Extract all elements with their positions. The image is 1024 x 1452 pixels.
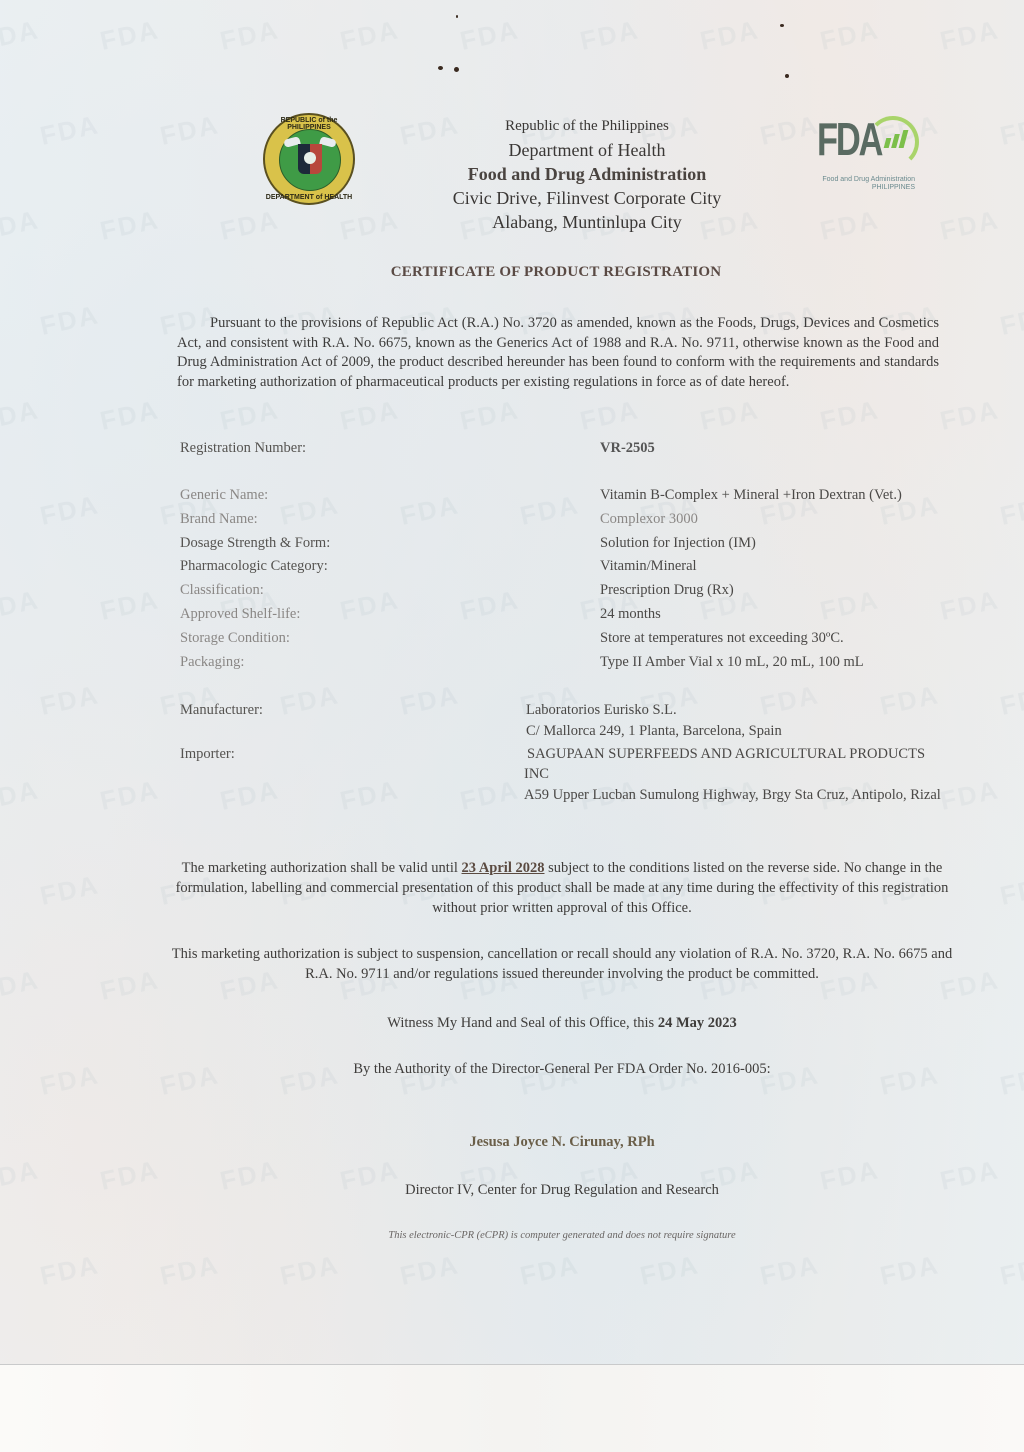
valid-until-date: 23 April 2028 [462, 860, 545, 876]
watermark-text: FDA [877, 679, 942, 722]
manufacturer-label: Manufacturer: [180, 702, 263, 719]
watermark-text: FDA [0, 204, 42, 247]
importer-address: A59 Upper Lucban Sumulong Highway, Brgy … [524, 787, 941, 804]
importer-name-line2: INC [524, 766, 549, 783]
watermark-text: FDA [457, 14, 522, 57]
watermark-text: FDA [0, 964, 42, 1007]
watermark-text: FDA [37, 679, 102, 722]
signatory-name: Jesusa Joyce N. Cirunay, RPh [170, 1132, 954, 1152]
certificate-paper: FDAFDAFDAFDAFDAFDAFDAFDAFDAFDAFDAFDAFDAF… [0, 0, 1024, 1365]
packaging-value: Type II Amber Vial x 10 mL, 20 mL, 100 m… [600, 654, 864, 671]
watermark-text: FDA [697, 394, 762, 437]
packaging-label: Packaging: [180, 654, 244, 671]
watermark-text: FDA [217, 394, 282, 437]
watermark-text: FDA [157, 109, 222, 152]
header-republic: Republic of the Philippines [380, 118, 794, 135]
watermark-text: FDA [0, 14, 42, 57]
watermark-text: FDA [457, 584, 522, 627]
watermark-text: FDA [97, 204, 162, 247]
storage-condition-value: Store at temperatures not exceeding 30ºC… [600, 630, 844, 647]
generic-name-value: Vitamin B-Complex + Mineral +Iron Dextra… [600, 487, 902, 504]
shelf-life-label: Approved Shelf-life: [180, 606, 300, 623]
authority-line: By the Authority of the Director-General… [170, 1059, 954, 1079]
watermark-text: FDA [337, 394, 402, 437]
certificate-title: CERTIFICATE OF PRODUCT REGISTRATION [250, 264, 862, 281]
watermark-text: FDA [37, 489, 102, 532]
watermark-text: FDA [277, 1249, 342, 1292]
importer-label: Importer: [180, 746, 235, 763]
suspension-notice: This marketing authorization is subject … [170, 944, 954, 984]
witness-prefix: Witness My Hand and Seal of this Office,… [387, 1015, 658, 1031]
header-agency: Food and Drug Administration [380, 164, 794, 185]
validity-prefix: The marketing authorization shall be val… [182, 860, 462, 876]
paper-speck [456, 15, 458, 18]
watermark-text: FDA [817, 584, 882, 627]
classification-label: Classification: [180, 582, 264, 599]
brand-name-value: Complexor 3000 [600, 511, 698, 528]
classification-value: Prescription Drug (Rx) [600, 582, 734, 599]
watermark-text: FDA [397, 1249, 462, 1292]
watermark-text: FDA [937, 394, 1002, 437]
watermark-text: FDA [397, 679, 462, 722]
watermark-text: FDA [277, 489, 342, 532]
header-department: Department of Health [380, 140, 794, 161]
watermark-text: FDA [577, 394, 642, 437]
importer-name-line1: SAGUPAAN SUPERFEEDS AND AGRICULTURAL PRO… [527, 746, 925, 763]
pharmacologic-category-value: Vitamin/Mineral [600, 558, 697, 575]
watermark-text: FDA [817, 14, 882, 57]
watermark-text: FDA [0, 774, 42, 817]
watermark-text: FDA [937, 584, 1002, 627]
watermark-text: FDA [457, 774, 522, 817]
fda-logo-icon: FDA Food and Drug Administration PHILIPP… [815, 112, 915, 204]
dosage-form-label: Dosage Strength & Form: [180, 535, 330, 552]
watermark-text: FDA [277, 679, 342, 722]
watermark-text: FDA [157, 1249, 222, 1292]
witness-line: Witness My Hand and Seal of this Office,… [170, 1013, 954, 1033]
registration-number-value: VR-2505 [600, 440, 655, 457]
validity-paragraph: The marketing authorization shall be val… [170, 858, 954, 918]
paper-speck [780, 24, 784, 27]
watermark-text: FDA [937, 14, 1002, 57]
header-address-line1: Civic Drive, Filinvest Corporate City [380, 188, 794, 209]
ecpr-footnote: This electronic-CPR (eCPR) is computer g… [170, 1226, 954, 1246]
watermark-text: FDA [217, 14, 282, 57]
watermark-text: FDA [997, 109, 1024, 152]
doh-seal-icon: REPUBLIC of the PHILIPPINES DEPARTMENT o… [263, 113, 355, 205]
watermark-text: FDA [517, 1249, 582, 1292]
scan-background [0, 1365, 1024, 1452]
watermark-text: FDA [937, 774, 1002, 817]
watermark-text: FDA [757, 679, 822, 722]
watermark-text: FDA [757, 1249, 822, 1292]
watermark-text: FDA [97, 14, 162, 57]
fda-logo-caption: Food and Drug Administration PHILIPPINES [815, 176, 915, 191]
shelf-life-value: 24 months [600, 606, 661, 623]
registration-number-label: Registration Number: [180, 440, 306, 457]
dosage-form-value: Solution for Injection (IM) [600, 535, 756, 552]
pharmacologic-category-label: Pharmacologic Category: [180, 558, 328, 575]
watermark-text: FDA [637, 1249, 702, 1292]
shield-icon [298, 144, 322, 174]
watermark-text: FDA [37, 869, 102, 912]
watermark-text: FDA [997, 489, 1024, 532]
watermark-text: FDA [877, 1249, 942, 1292]
fda-logo-letters: FDA [817, 116, 881, 162]
paper-speck [438, 66, 443, 70]
watermark-text: FDA [997, 1059, 1024, 1102]
watermark-text: FDA [817, 394, 882, 437]
preamble-paragraph: Pursuant to the provisions of Republic A… [177, 314, 939, 392]
watermark-text: FDA [997, 679, 1024, 722]
brand-name-label: Brand Name: [180, 511, 258, 528]
watermark-text: FDA [997, 299, 1024, 342]
watermark-text: FDA [577, 14, 642, 57]
watermark-text: FDA [997, 1249, 1024, 1292]
paper-speck [454, 67, 459, 72]
watermark-text: FDA [97, 584, 162, 627]
watermark-text: FDA [817, 204, 882, 247]
logo-caption-line2: PHILIPPINES [815, 184, 915, 192]
header-address-line2: Alabang, Muntinlupa City [380, 212, 794, 233]
paper-speck [785, 74, 789, 78]
watermark-text: FDA [97, 774, 162, 817]
watermark-text: FDA [0, 1154, 42, 1197]
watermark-text: FDA [0, 394, 42, 437]
generic-name-label: Generic Name: [180, 487, 268, 504]
storage-condition-label: Storage Condition: [180, 630, 290, 647]
manufacturer-name: Laboratorios Eurisko S.L. [526, 702, 677, 719]
watermark-text: FDA [0, 584, 42, 627]
signatory-title: Director IV, Center for Drug Regulation … [170, 1180, 954, 1200]
watermark-text: FDA [997, 869, 1024, 912]
watermark-text: FDA [37, 109, 102, 152]
logo-caption-line1: Food and Drug Administration [815, 176, 915, 184]
watermark-text: FDA [937, 204, 1002, 247]
watermark-text: FDA [337, 584, 402, 627]
witness-date: 24 May 2023 [658, 1015, 737, 1031]
watermark-text: FDA [37, 299, 102, 342]
watermark-text: FDA [97, 964, 162, 1007]
watermark-text: FDA [37, 1249, 102, 1292]
watermark-text: FDA [337, 14, 402, 57]
watermark-text: FDA [457, 394, 522, 437]
watermark-text: FDA [397, 489, 462, 532]
watermark-text: FDA [217, 774, 282, 817]
watermark-text: FDA [517, 489, 582, 532]
watermark-text: FDA [217, 204, 282, 247]
watermark-text: FDA [697, 14, 762, 57]
manufacturer-address: C/ Mallorca 249, 1 Planta, Barcelona, Sp… [526, 723, 782, 740]
watermark-text: FDA [337, 774, 402, 817]
watermark-text: FDA [97, 394, 162, 437]
watermark-text: FDA [97, 1154, 162, 1197]
seal-bottom-text: DEPARTMENT of HEALTH [265, 194, 353, 201]
watermark-text: FDA [37, 1059, 102, 1102]
